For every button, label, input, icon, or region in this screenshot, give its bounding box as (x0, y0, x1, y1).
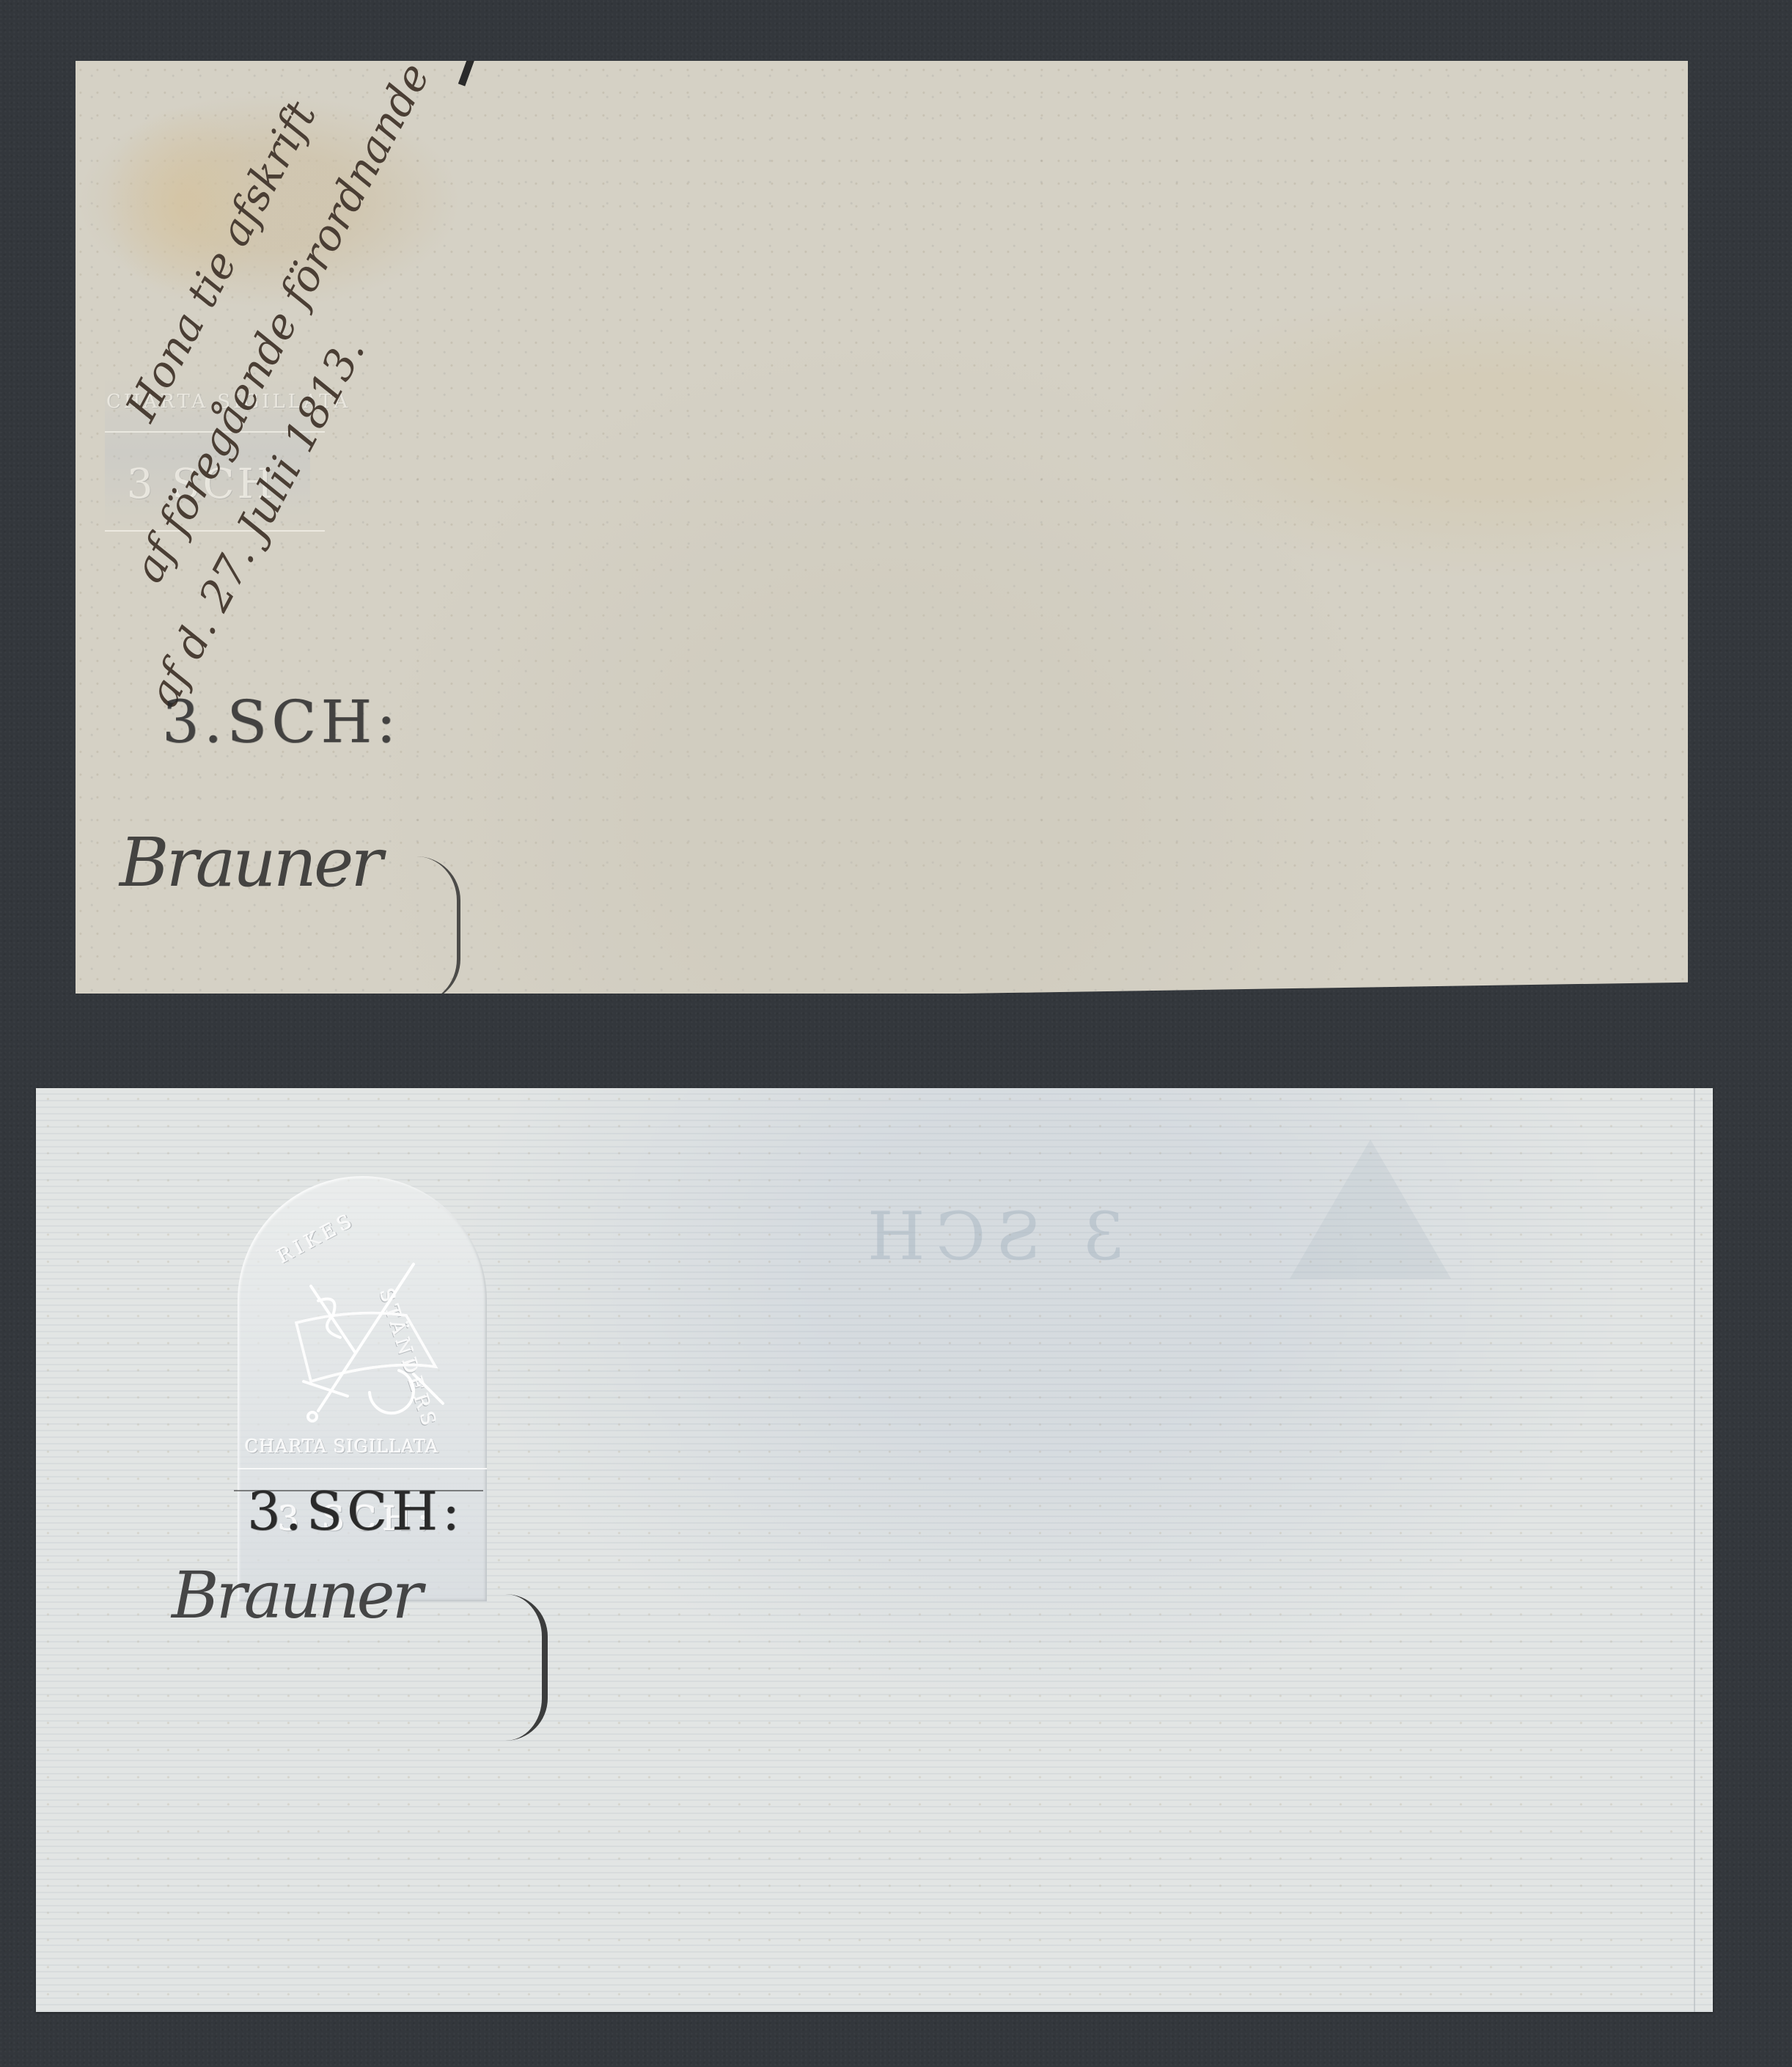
value-stamp: 3.SCH: (162, 688, 400, 756)
sword-flag-emblem-icon (267, 1257, 458, 1425)
stamped-paper-fragment-top: CHARTA SIGILLATA 3 SCH Hona tie afskrift… (76, 61, 1688, 994)
seal-caption: CHARTA SIGILLATA (245, 1436, 438, 1457)
fold-crease (1694, 1088, 1695, 2012)
showthrough-triangle-mark (1290, 1139, 1451, 1279)
stamp-strike-line (234, 1490, 483, 1491)
seal-divider (238, 1468, 487, 1469)
signature-stamp: Brauner (172, 1557, 420, 1633)
stamped-paper-fragment-bottom: 3 SCH RIKES STÄNDERS CHARTA SIGILLATA 3 … (36, 1088, 1713, 2012)
showthrough-text: 3 SCH (857, 1198, 1125, 1275)
signature-stamp: Brauner (120, 823, 380, 902)
signature-flourish (413, 856, 460, 994)
emboss-rule (105, 530, 325, 532)
signature-flourish (505, 1594, 548, 1741)
ink-stroke-mark (458, 61, 474, 87)
